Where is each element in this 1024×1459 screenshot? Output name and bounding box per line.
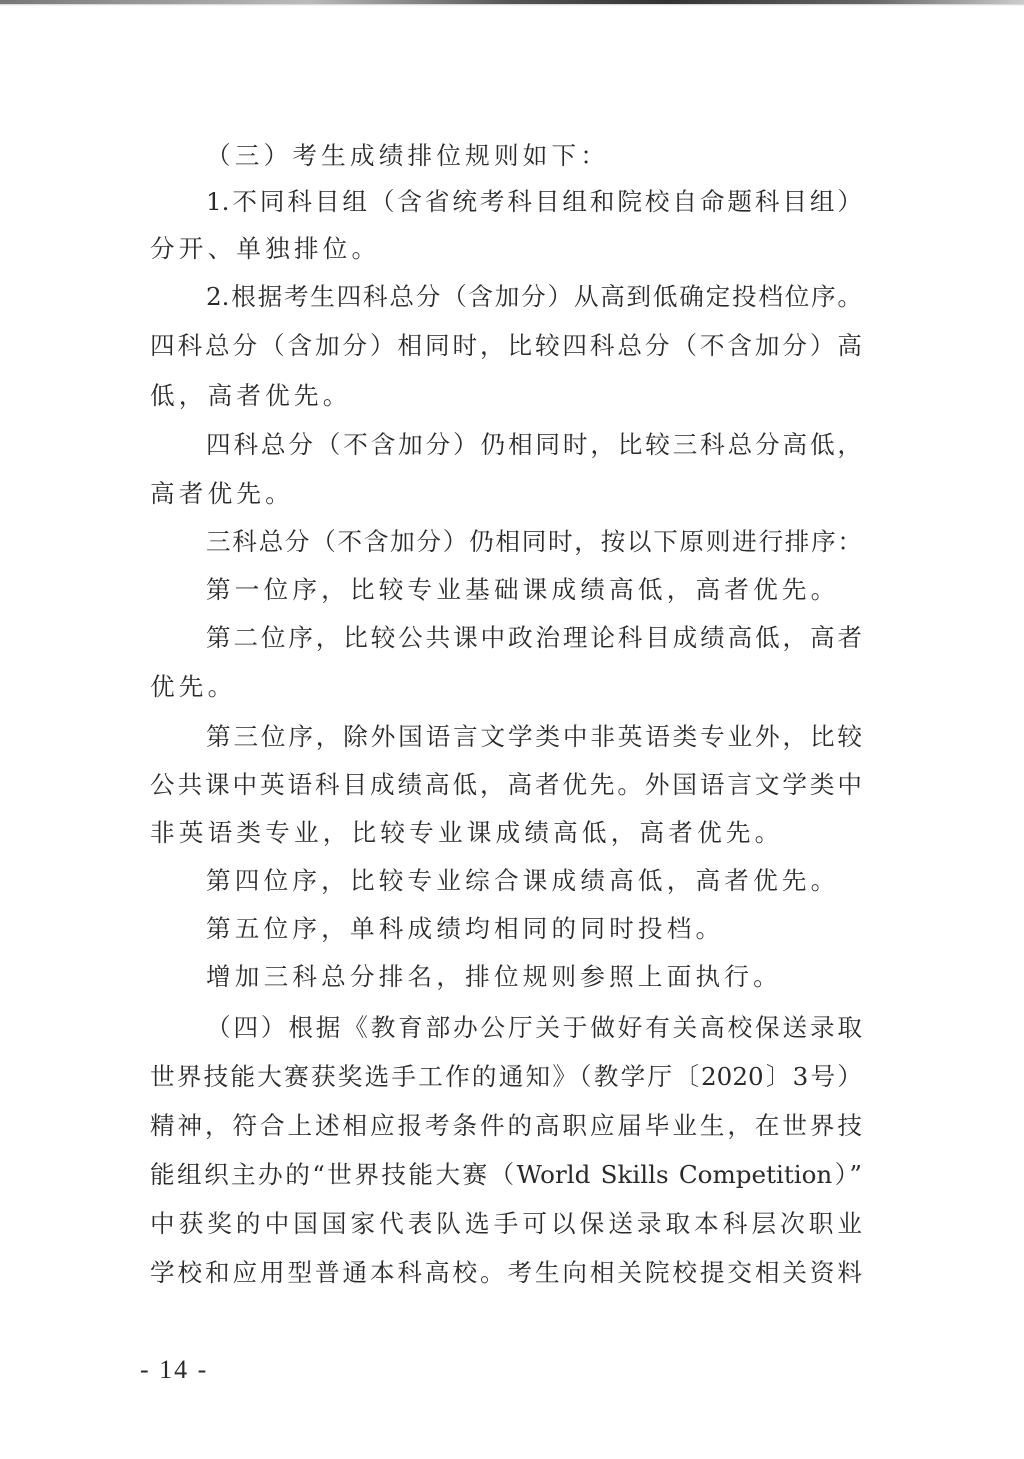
paragraph-line: 世界技能大赛获奖选手工作的通知》（教学厅〔2020〕3号） [150,1057,862,1097]
paragraph-line: 分开、单独排位。 [150,229,862,269]
paragraph-line: 中获奖的中国国家代表队选手可以保送录取本科层次职业 [150,1204,862,1244]
paragraph-line: 2.根据考生四科总分（含加分）从高到低确定投档位序。 [206,277,862,317]
paragraph-line: 高者优先。 [150,474,862,514]
section-heading-4: （四）根据《教育部办公厅关于做好有关高校保送录取 [206,1008,862,1048]
paragraph-line: 1.不同科目组（含省统考科目组和院校自命题科目组） [206,182,862,222]
paragraph-line: 学校和应用型普通本科高校。考生向相关院校提交相关资料 [150,1253,862,1293]
paragraph-line: 非英语类专业，比较专业课成绩高低，高者优先。 [150,813,862,853]
document-page: （三）考生成绩排位规则如下： 1.不同科目组（含省统考科目组和院校自命题科目组）… [0,0,1024,1459]
paragraph-line: 精神，符合上述相应报考条件的高职应届毕业生，在世界技 [150,1106,862,1146]
paragraph-line: 四科总分（不含加分）仍相同时，比较三科总分高低， [206,425,862,465]
paragraph-line: 第五位序，单科成绩均相同的同时投档。 [206,909,862,949]
page-number: - 14 - [140,1353,208,1387]
paragraph-line: 优先。 [150,667,862,707]
paragraph-line: 公共课中英语科目成绩高低，高者优先。外国语言文学类中 [150,765,862,805]
paragraph-line: 第一位序，比较专业基础课成绩高低，高者优先。 [206,570,862,610]
paragraph-line: 低，高者优先。 [150,376,862,416]
paragraph-line: 能组织主办的“世界技能大赛（World Skills Competition）” [150,1155,862,1195]
paragraph-line: 第三位序，除外国语言文学类中非英语类专业外，比较 [206,717,862,757]
paragraph-line: 四科总分（含加分）相同时，比较四科总分（不含加分）高 [150,326,862,366]
paragraph-line: 增加三科总分排名，排位规则参照上面执行。 [206,957,862,997]
paragraph-line: 第二位序，比较公共课中政治理论科目成绩高低，高者 [206,618,862,658]
paragraph-line: 三科总分（不含加分）仍相同时，按以下原则进行排序： [206,522,862,562]
section-heading-3: （三）考生成绩排位规则如下： [206,136,862,176]
paragraph-line: 第四位序，比较专业综合课成绩高低，高者优先。 [206,861,862,901]
